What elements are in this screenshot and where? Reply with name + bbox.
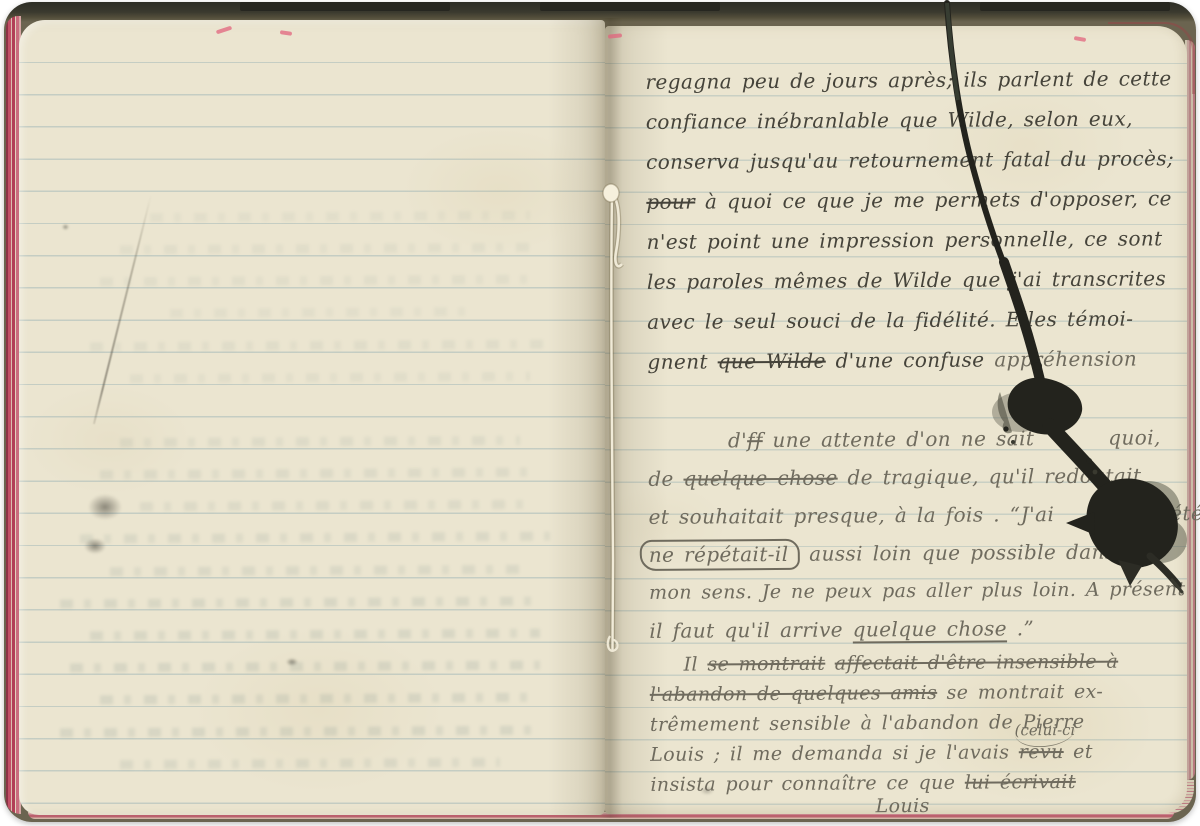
handwritten-segment: n'est point une impression personnelle, … — [647, 226, 1163, 254]
handwritten-segment: gnent — [647, 349, 717, 373]
handwritten-segment: à quoi ce que je me permets d'opposer, c… — [695, 186, 1172, 213]
handwritten-line: Il se montrait affectait d'être insensib… — [649, 646, 1191, 680]
handwritten-line: gnent que Wilde d'une confuse appréhensi… — [647, 338, 1189, 382]
cover-edge-step — [980, 2, 1170, 11]
handwritten-segment: confiance inébranlable que Wilde, selon … — [646, 106, 1133, 133]
handwritten-segment-strike: lui écrivait — [965, 771, 1076, 794]
handwritten-segment: conserva jusqu'au retournement fatal du … — [646, 146, 1174, 174]
handwritten-segment: une attente d'on ne sait — [763, 426, 1035, 452]
handwritten-segment: de tragique, qu'il redoutait — [838, 463, 1142, 489]
handwritten-segment-boxed: ne répétait-il — [640, 539, 800, 571]
handwritten-line: Louis ; il me demanda si je l'avais revu… — [650, 736, 1192, 770]
handwritten-segment: de — [648, 467, 683, 491]
handwritten-segment: regagna peu de jours après; ils parlent … — [645, 66, 1171, 94]
handwritten-line: l'abandon de quelques amis se montrait e… — [650, 676, 1192, 710]
handwritten-segment: les paroles mêmes de Wilde que j'ai tran… — [647, 266, 1166, 294]
ink-smudge — [62, 224, 69, 230]
handwritten-line: trêmement sensible à l'abandon de Pierre — [650, 706, 1192, 740]
handwritten-segment: avec le seul souci de la fidélité. Elles… — [647, 307, 1133, 334]
handwritten-line: et souhaitait presque, à la fois . “J'ai… — [648, 494, 1190, 536]
handwritten-segment-strike: revu(celui-ci — [1019, 741, 1064, 763]
cover-edge-step — [240, 2, 450, 11]
cover-edge-step — [540, 2, 720, 11]
handwritten-line: n'est point une impression personnelle, … — [646, 218, 1188, 262]
handwritten-line: mon sens. Je ne peux pas aller plus loin… — [649, 570, 1191, 612]
handwritten-segment-underline: quelque chose — [853, 616, 1007, 641]
handwritten-segment: mon sens. Je ne peux pas aller plus loin… — [649, 578, 1186, 604]
handwritten-segment: été — [1170, 501, 1200, 525]
handwritten-line: d'ff une attente d'on ne saitquoi, — [648, 418, 1190, 460]
bleed-through-writing — [170, 307, 470, 318]
handwritten-line: les paroles mêmes de Wilde que j'ai tran… — [647, 258, 1189, 302]
handwritten-line: ne répétait-il aussi loin que possible d… — [649, 532, 1191, 574]
handwritten-segment-strike: se montrait — [707, 653, 825, 676]
ink-smudge — [88, 494, 122, 520]
handwritten-segment-pencil: appréhension — [984, 346, 1137, 371]
handwritten-line: regagna peu de jours après; ils parlent … — [645, 58, 1187, 102]
handwritten-segment: d' — [728, 428, 747, 452]
handwritten-segment: d'une confuse — [826, 348, 985, 373]
handwritten-segment-strike: l'abandon de quelques amis — [650, 682, 938, 706]
handwritten-segment: quoi, — [1108, 425, 1161, 449]
handwritten-line: il faut qu'il arrive quelque chose .” — [649, 608, 1191, 650]
handwritten-segment-strike: pour — [646, 190, 695, 214]
handwritten-segment: et — [1064, 741, 1093, 763]
handwritten-segment-strike: que Wilde — [718, 349, 826, 374]
handwritten-segment: se montrait ex- — [937, 681, 1103, 704]
handwritten-segment: Louis — [875, 795, 929, 817]
handwritten-segment — [1034, 445, 1108, 446]
handwritten-segment — [825, 653, 835, 675]
handwritten-segment: Il — [683, 653, 707, 675]
handwritten-line: pour à quoi ce que je me permets d'oppos… — [646, 178, 1188, 222]
handwriting-block: regagna peu de jours après; ils parlent … — [645, 58, 1192, 820]
handwritten-segment-strike: ff — [747, 428, 763, 452]
handwritten-line: avec le seul souci de la fidélité. Elles… — [647, 298, 1189, 342]
handwritten-segment: .” — [1007, 616, 1034, 640]
notebook-photo: regagna peu de jours après; ils parlent … — [0, 0, 1200, 826]
handwritten-line: de quelque chose de tragique, qu'il redo… — [648, 456, 1190, 498]
handwritten-line: confiance inébranlable que Wilde, selon … — [646, 98, 1188, 142]
handwritten-segment: insista pour connaître ce que — [650, 772, 965, 796]
handwritten-segment: aussi loin que possible dans — [799, 540, 1115, 566]
handwritten-segment: et souhaitait presque, à la fois . “J'ai — [648, 502, 1054, 529]
handwritten-segment: Louis ; il me demanda si je l'avais — [650, 741, 1019, 766]
handwritten-segment — [1054, 520, 1170, 521]
handwritten-segment: il faut qu'il arrive — [649, 617, 853, 642]
handwritten-segment-strike: affectait d'être insensible à — [835, 651, 1119, 675]
handwritten-line: conserva jusqu'au retournement fatal du … — [646, 138, 1188, 182]
handwritten-segment-strike: quelque chose — [683, 466, 837, 491]
